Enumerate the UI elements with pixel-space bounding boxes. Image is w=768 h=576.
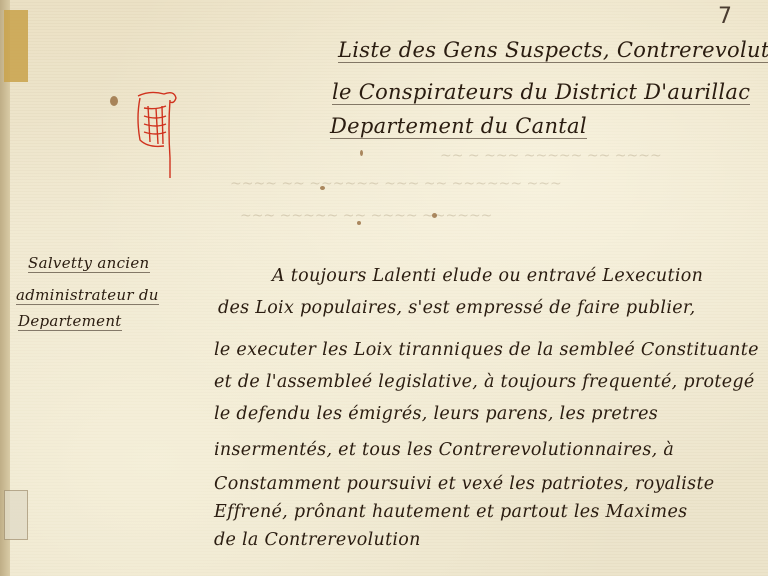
ink-spot	[360, 150, 363, 156]
bleed-through-text: ~~ ~ ~~~ ~~~~~ ~~ ~~~~	[440, 148, 662, 164]
adhesive-tape-strip	[4, 10, 28, 82]
bleed-through-text: ~~~ ~~~~~ ~~ ~~~~ ~~~~~~	[240, 208, 492, 224]
margin-note-role: administrateur du	[16, 286, 159, 305]
body-line-8: Effrené, prônant hautement et partout le…	[214, 502, 687, 522]
document-title-line-3: Departement du Cantal	[330, 114, 587, 139]
body-line-3: le executer les Loix tiranniques de la s…	[214, 340, 759, 360]
body-line-2: des Loix populaires, s'est empressé de f…	[218, 298, 695, 318]
body-line-7: Constamment poursuivi et vexé les patrio…	[214, 474, 714, 494]
body-line-9: de la Contrerevolution	[214, 530, 421, 550]
page-number: 7	[718, 4, 732, 29]
bleed-through-text: ~~~~ ~~ ~~~~~~ ~~~ ~~ ~~~~~~ ~~~	[230, 176, 562, 192]
ink-spot	[110, 96, 118, 106]
document-title-line-2: le Conspirateurs du District D'aurillac	[332, 80, 750, 105]
document-title-line-1: Liste des Gens Suspects, Contrerevolutio…	[338, 38, 768, 63]
body-line-5: le defendu les émigrés, leurs parens, le…	[214, 404, 658, 424]
margin-note-name: Salvetty ancien	[28, 254, 150, 273]
body-line-1: A toujours Lalenti elude ou entravé Lexe…	[272, 266, 703, 286]
paper-repair-patch	[4, 490, 28, 540]
red-lyre-stamp-icon	[130, 88, 180, 180]
margin-note-department: Departement	[18, 312, 122, 331]
body-line-4: et de l'assembleé legislative, à toujour…	[214, 372, 755, 392]
body-line-6: insermentés, et tous les Contrerevolutio…	[214, 440, 674, 460]
